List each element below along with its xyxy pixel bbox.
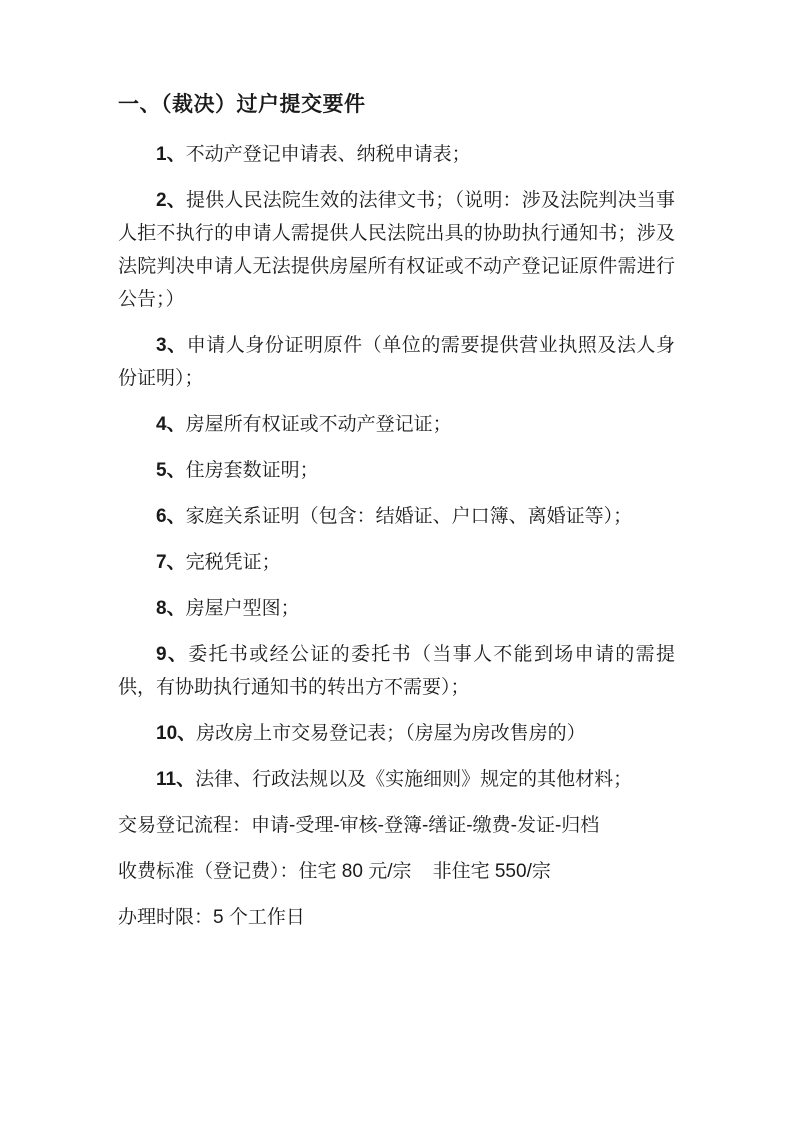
processing-time-line: 办理时限：5 个工作日	[118, 901, 675, 934]
list-item-8: 8、房屋户型图；	[118, 592, 675, 625]
item-number: 11、	[156, 769, 195, 790]
list-item-7: 7、完税凭证；	[118, 546, 675, 579]
list-item-4: 4、房屋所有权证或不动产登记证；	[118, 408, 675, 441]
item-number: 2、	[156, 190, 186, 211]
page-title: 一、（裁决）过户提交要件	[118, 88, 675, 122]
list-item-9: 9、委托书或经公证的委托书（当事人不能到场申请的需提供，有协助执行通知书的转出方…	[118, 638, 675, 704]
item-number: 5、	[156, 460, 186, 481]
list-item-5: 5、住房套数证明；	[118, 454, 675, 487]
item-text: 完税凭证；	[186, 552, 281, 573]
item-number: 8、	[156, 598, 186, 619]
item-number: 1、	[156, 144, 186, 165]
item-text: 房屋户型图；	[186, 598, 300, 619]
item-number: 9、	[156, 644, 188, 665]
item-text: 委托书或经公证的委托书（当事人不能到场申请的需提供，有协助执行通知书的转出方不需…	[118, 644, 675, 698]
item-text: 法律、行政法规以及《实施细则》规定的其他材料；	[195, 769, 632, 790]
item-text: 申请人身份证明原件（单位的需要提供营业执照及法人身份证明）；	[118, 335, 675, 389]
item-number: 10、	[156, 723, 196, 744]
process-flow-line: 交易登记流程：申请-受理-审核-登簿-缮证-缴费-发证-归档	[118, 809, 675, 842]
item-text: 提供人民法院生效的法律文书；（说明：涉及法院判决当事人拒不执行的申请人需提供人民…	[118, 190, 675, 310]
fee-standard-line: 收费标准（登记费）：住宅 80 元/宗 非住宅 550/宗	[118, 855, 675, 888]
list-item-11: 11、法律、行政法规以及《实施细则》规定的其他材料；	[118, 763, 675, 796]
list-item-3: 3、申请人身份证明原件（单位的需要提供营业执照及法人身份证明）；	[118, 329, 675, 395]
item-number: 3、	[156, 335, 187, 356]
item-number: 7、	[156, 552, 186, 573]
item-number: 6、	[156, 506, 186, 527]
list-item-1: 1、不动产登记申请表、纳税申请表；	[118, 138, 675, 171]
item-text: 住房套数证明；	[186, 460, 319, 481]
item-number: 4、	[156, 414, 186, 435]
list-item-6: 6、家庭关系证明（包含：结婚证、户口簿、离婚证等）；	[118, 500, 675, 533]
document-page: 一、（裁决）过户提交要件 1、不动产登记申请表、纳税申请表； 2、提供人民法院生…	[0, 0, 793, 1122]
item-text: 房改房上市交易登记表；（房屋为房改售房的）	[196, 723, 586, 744]
item-text: 家庭关系证明（包含：结婚证、户口簿、离婚证等）；	[186, 506, 633, 527]
item-text: 房屋所有权证或不动产登记证；	[186, 414, 452, 435]
item-text: 不动产登记申请表、纳税申请表；	[186, 144, 471, 165]
list-item-2: 2、提供人民法院生效的法律文书；（说明：涉及法院判决当事人拒不执行的申请人需提供…	[118, 184, 675, 316]
list-item-10: 10、房改房上市交易登记表；（房屋为房改售房的）	[118, 717, 675, 750]
